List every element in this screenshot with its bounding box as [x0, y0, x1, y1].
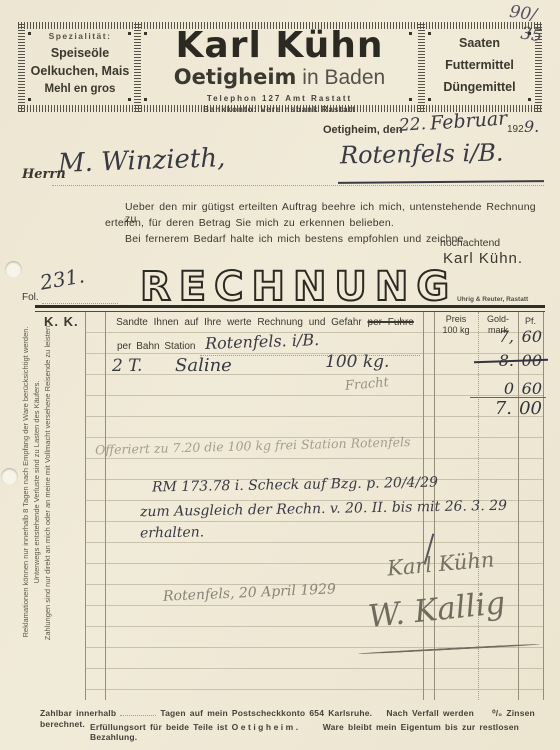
footer-interest-pre: Nach Verfall werden	[386, 708, 474, 718]
footer-blank-days	[120, 715, 156, 716]
col-header-preis: Preis 100 kg	[434, 314, 478, 336]
amount-total-goldmark: 7.	[478, 398, 512, 419]
dateline-place: Oetigheim, den	[323, 124, 402, 136]
footer-line-2: Erfüllungsort für beide Teile ist Oetigh…	[90, 722, 550, 742]
amount-row: 0 60	[480, 379, 542, 398]
dateline-year-hw: 9.	[524, 117, 539, 136]
dateline-day-hw: 22.	[398, 114, 426, 136]
letter-closing: hochachtend	[440, 237, 500, 249]
corner-mark	[428, 32, 431, 35]
table-line	[85, 312, 86, 700]
amount-pfennig: 60	[514, 379, 542, 398]
company-bank: Bankkonto: Vereinsbank Rastatt	[141, 105, 418, 114]
col-gold-line1: Gold-	[478, 314, 518, 325]
specialty-title: Spezialität:	[25, 31, 135, 41]
letter-line-2: erteilen, für deren Betrag Sie mich zu e…	[105, 217, 535, 229]
footer-jurisdiction-pre: Erfüllungsort für beide Teile ist	[90, 722, 228, 732]
company-name: Karl Kühn	[141, 27, 418, 65]
fol-value-hw: 231.	[38, 263, 86, 294]
recipient-place-underline	[338, 180, 544, 184]
header-divider-left	[134, 22, 141, 112]
amount-total-row: 7. 00	[478, 398, 544, 419]
table-line	[518, 312, 519, 700]
col-header-pf: Pf.	[518, 316, 543, 326]
specialty-line: Oelkuchen, Mais	[25, 64, 135, 78]
amount-goldmark: 0	[480, 379, 514, 398]
table-header-text: Sandte Ihnen auf Ihre werte Rechnung und…	[112, 317, 418, 328]
corner-mark	[128, 98, 131, 101]
corner-mark	[28, 98, 31, 101]
footer-payable: Zahlbar innerhalb	[40, 708, 116, 718]
recipient-ruled-line	[52, 185, 544, 186]
margin-note-1: Reklamationen können nur innerhalb 8 Tag…	[20, 302, 31, 662]
margin-note-3: Zahlungen sind nur direkt an mich oder a…	[42, 302, 53, 662]
specialty-line: Mehl en gros	[25, 83, 135, 95]
header-border-right	[535, 22, 542, 112]
product-line: Düngemittel	[424, 80, 535, 94]
ink-note-line3: erhalten.	[140, 524, 204, 541]
footer-jurisdiction-place: Oetigheim.	[232, 722, 301, 732]
header-border-left	[18, 22, 25, 112]
punch-hole	[1, 468, 18, 485]
title-rule-thick	[35, 305, 545, 308]
company-phone: Telephon 127 Amt Rastatt	[141, 94, 418, 103]
item-name-hw: Saline	[175, 355, 232, 376]
table-line	[105, 312, 106, 700]
recipient-place-hw: Rotenfels i/B.	[340, 139, 504, 170]
company-place-bold: Oetigheim	[174, 65, 297, 89]
table-header-struck: per Fuhre	[368, 317, 414, 328]
printer-credit: Uhrig & Reuter, Rastatt	[457, 296, 528, 303]
amount-total-pfennig: 00	[512, 398, 542, 419]
footer-account: Tagen auf mein Postscheckkonto 654 Karls…	[160, 708, 372, 718]
item-weight-hw: 100 kg.	[325, 352, 389, 372]
col-preis-line2: 100 kg	[434, 325, 478, 336]
item-qty-hw: 2 T.	[112, 356, 142, 376]
company-place-rest: in Baden	[302, 66, 385, 89]
specialty-line: Speiseöle	[25, 46, 135, 60]
col-preis-line1: Preis	[434, 314, 478, 325]
invoice-document: 90/ 35 Spezialität: Speiseöle Oelkuchen,…	[0, 0, 560, 750]
margin-note-2: Unterwegs entstehende Verluste sind zu L…	[31, 302, 42, 662]
station-label: per Bahn Station	[117, 341, 196, 352]
amount-row: 7, 60	[480, 327, 542, 346]
amount-pfennig: 60	[514, 327, 542, 346]
amount-goldmark: 7,	[480, 327, 514, 346]
dateline-month-hw: Februar	[429, 107, 508, 134]
product-line: Futtermittel	[424, 58, 535, 72]
punch-hole	[5, 261, 22, 278]
corner-mark	[528, 32, 531, 35]
corner-mark	[528, 98, 531, 101]
dateline-year-printed: 192	[507, 124, 524, 135]
station-hw: Rotenfels. i/B.	[205, 330, 320, 353]
document-title: RECHNUNG	[140, 264, 440, 310]
header-left-box: Spezialität: Speiseöle Oelkuchen, Mais M…	[25, 31, 135, 95]
product-line: Saaten	[424, 36, 535, 50]
recipient-name-hw: M. Winzieth,	[58, 143, 226, 179]
fol-ruled-line	[42, 303, 118, 304]
table-line	[543, 312, 544, 700]
header-center-box: Karl Kühn Oetigheim in Baden Telephon 12…	[141, 27, 418, 114]
header-right-box: Saaten Futtermittel Düngemittel	[424, 36, 535, 94]
margin-conditions: Reklamationen können nur innerhalb 8 Tag…	[20, 302, 53, 662]
table-header-main: Sandte Ihnen auf Ihre werte Rechnung und…	[116, 317, 362, 328]
corner-mark	[428, 98, 431, 101]
